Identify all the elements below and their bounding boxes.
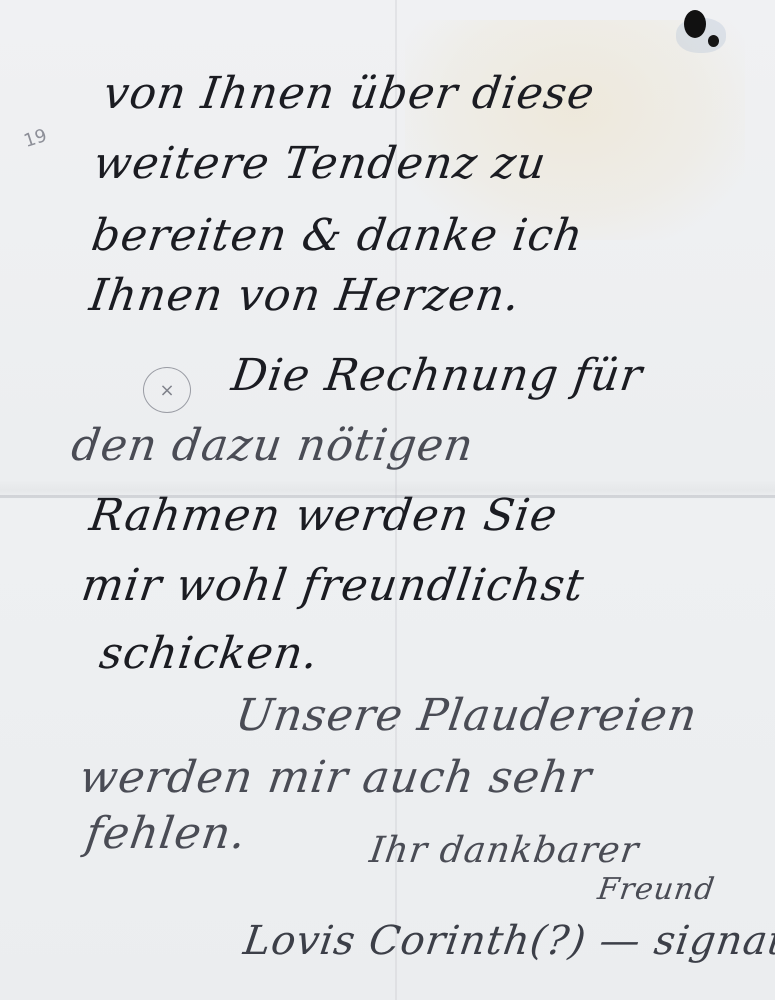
page-number-pencil: 19	[21, 125, 49, 152]
x-mark-icon: ×	[159, 380, 174, 401]
letter-line-4: Ihnen von Herzen.	[86, 270, 523, 321]
letter-sheet: 19 × von Ihnen über diese weitere Tenden…	[0, 0, 775, 1000]
closing-line-1: Ihr dankbarer	[367, 830, 642, 871]
letter-line-2: weitere Tendenz zu	[90, 138, 549, 189]
signature-text: Lovis Corinth(?) — signature	[241, 918, 775, 964]
letter-line-1: von Ihnen über diese	[100, 68, 598, 119]
letter-line-12: fehlen.	[82, 808, 249, 859]
letter-line-8: mir wohl freundlichst	[78, 560, 587, 611]
closing-line-2: Freund	[596, 872, 718, 907]
letter-line-9: schicken.	[96, 628, 321, 679]
circled-x-mark: ×	[143, 367, 191, 413]
letter-line-5: Die Rechnung für	[228, 350, 646, 401]
letter-line-3: bereiten & danke ich	[88, 210, 586, 261]
ink-blot-small-icon	[708, 35, 719, 47]
paper-stain	[405, 20, 745, 240]
letter-line-11: werden mir auch sehr	[76, 752, 595, 803]
signature: Lovis Corinth(?) — signature	[241, 918, 775, 964]
letter-line-6: den dazu nötigen	[68, 420, 477, 471]
letter-line-7: Rahmen werden Sie	[86, 490, 560, 541]
ink-blot-icon	[684, 10, 706, 38]
letter-line-10: Unsere Plaudereien	[232, 690, 700, 741]
